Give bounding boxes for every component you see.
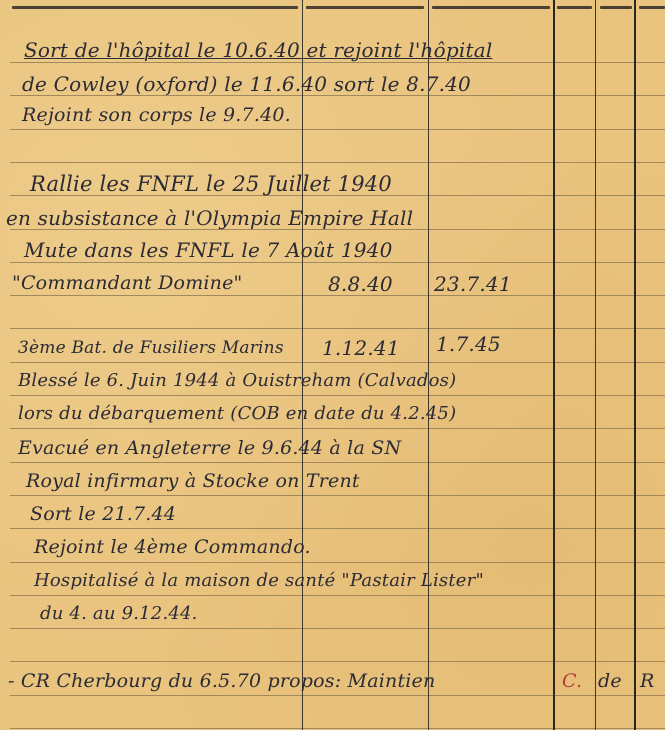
- entry-line: Sort le 21.7.44: [30, 503, 176, 525]
- header-rule: [432, 6, 550, 9]
- header-rule: [639, 6, 665, 9]
- ruled-line: [10, 162, 665, 163]
- ruled-line: [10, 661, 665, 662]
- entry-line: en subsistance à l'Olympia Empire Hall: [6, 206, 413, 230]
- ruled-line: [10, 728, 665, 729]
- ruled-line: [10, 328, 665, 329]
- ruled-line: [10, 595, 665, 596]
- ledger-page: Sort de l'hôpital le 10.6.40 et rejoint …: [0, 0, 665, 730]
- column-divider: [634, 0, 636, 730]
- ruled-line: [10, 428, 665, 429]
- ruled-line: [10, 528, 665, 529]
- column-divider: [428, 0, 429, 730]
- entry-line: Rallie les FNFL le 25 Juillet 1940: [30, 172, 392, 196]
- header-rule: [306, 6, 424, 9]
- ruled-line: [10, 462, 665, 463]
- entry-date-from: 1.12.41: [322, 336, 400, 360]
- entry-line: 3ème Bat. de Fusiliers Marins: [18, 338, 284, 358]
- entry-line: Royal infirmary à Stocke on Trent: [26, 470, 360, 492]
- entry-line: du 4. au 9.12.44.: [40, 603, 198, 624]
- ruled-line: [10, 695, 665, 696]
- ruled-line: [10, 362, 665, 363]
- entry-line: Rejoint le 4ème Commando.: [34, 536, 311, 558]
- header-rule: [600, 6, 632, 9]
- entry-line: lors du débarquement (COB en date du 4.2…: [18, 403, 456, 424]
- entry-date-to: 23.7.41: [434, 272, 512, 296]
- final-entry-col-a: C.: [562, 670, 582, 692]
- entry-line: Blessé le 6. Juin 1944 à Ouistreham (Cal…: [18, 370, 456, 391]
- ruled-line: [10, 62, 665, 63]
- entry-line: Hospitalisé à la maison de santé "Pastai…: [34, 570, 484, 591]
- column-divider: [595, 0, 596, 730]
- ruled-line: [10, 562, 665, 563]
- entry-line: Mute dans les FNFL le 7 Août 1940: [24, 238, 393, 262]
- final-entry-line: - CR Cherbourg du 6.5.70 propos: Maintie…: [8, 670, 435, 692]
- ruled-line: [10, 395, 665, 396]
- entry-line: Sort de l'hôpital le 10.6.40 et rejoint …: [24, 38, 492, 62]
- ruled-line: [10, 628, 665, 629]
- ruled-line: [10, 129, 665, 130]
- entry-line: "Commandant Domine": [12, 272, 243, 294]
- header-rule: [12, 6, 298, 9]
- entry-date-from: 8.8.40: [328, 272, 393, 296]
- entry-line: de Cowley (oxford) le 11.6.40 sort le 8.…: [22, 72, 471, 96]
- final-entry-col-b: de: [598, 670, 622, 692]
- column-divider: [302, 0, 303, 730]
- final-entry-col-c: R: [640, 670, 655, 692]
- entry-line: Rejoint son corps le 9.7.40.: [22, 104, 291, 126]
- column-divider: [553, 0, 555, 730]
- ruled-line: [10, 495, 665, 496]
- entry-date-to: 1.7.45: [436, 332, 501, 356]
- header-rule: [557, 6, 592, 9]
- entry-line: Evacué en Angleterre le 9.6.44 à la SN: [18, 437, 401, 459]
- ruled-line: [10, 262, 665, 263]
